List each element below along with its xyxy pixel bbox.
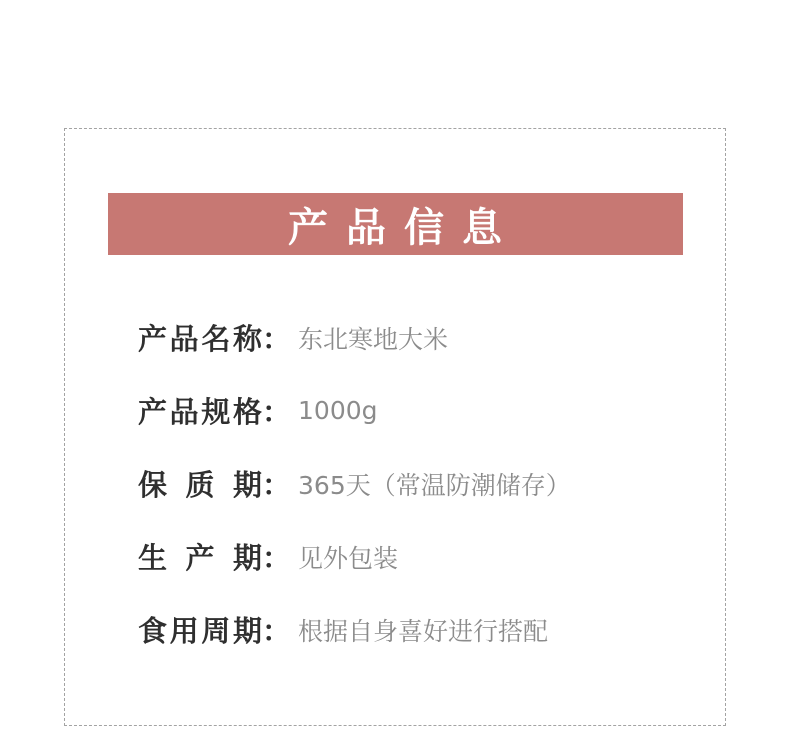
spec-colon: ：: [262, 536, 291, 577]
spec-colon: ：: [262, 463, 291, 504]
spec-colon: ：: [262, 609, 291, 650]
spec-row-product-spec: 产品规格 ： 1000g: [138, 374, 725, 447]
section-header-bar: 产品信息: [108, 193, 683, 255]
spec-label: 保质期: [138, 463, 262, 504]
spec-value: 365天（常温防潮储存）: [298, 466, 571, 502]
spec-colon: ：: [262, 317, 291, 358]
spec-value: 见外包装: [298, 539, 398, 575]
spec-row-product-name: 产品名称 ： 东北寒地大米: [138, 301, 725, 374]
spec-row-shelf-life: 保质期 ： 365天（常温防潮储存）: [138, 447, 725, 520]
spec-value: 根据自身喜好进行搭配: [298, 612, 548, 648]
product-info-panel: 产品信息 产品名称 ： 东北寒地大米 产品规格 ： 1000g 保质期 ： 36…: [64, 128, 726, 726]
spec-label: 产品规格: [138, 390, 262, 431]
spec-row-eating-cycle: 食用周期 ： 根据自身喜好进行搭配: [138, 593, 725, 666]
spec-label: 生产期: [138, 536, 262, 577]
spec-value: 1000g: [298, 396, 378, 425]
spec-list: 产品名称 ： 东北寒地大米 产品规格 ： 1000g 保质期 ： 365天（常温…: [65, 301, 725, 666]
section-title: 产品信息: [270, 196, 520, 253]
spec-row-production-date: 生产期 ： 见外包装: [138, 520, 725, 593]
spec-colon: ：: [262, 390, 291, 431]
spec-label: 食用周期: [138, 609, 262, 650]
spec-label: 产品名称: [138, 317, 262, 358]
spec-value: 东北寒地大米: [298, 320, 448, 356]
